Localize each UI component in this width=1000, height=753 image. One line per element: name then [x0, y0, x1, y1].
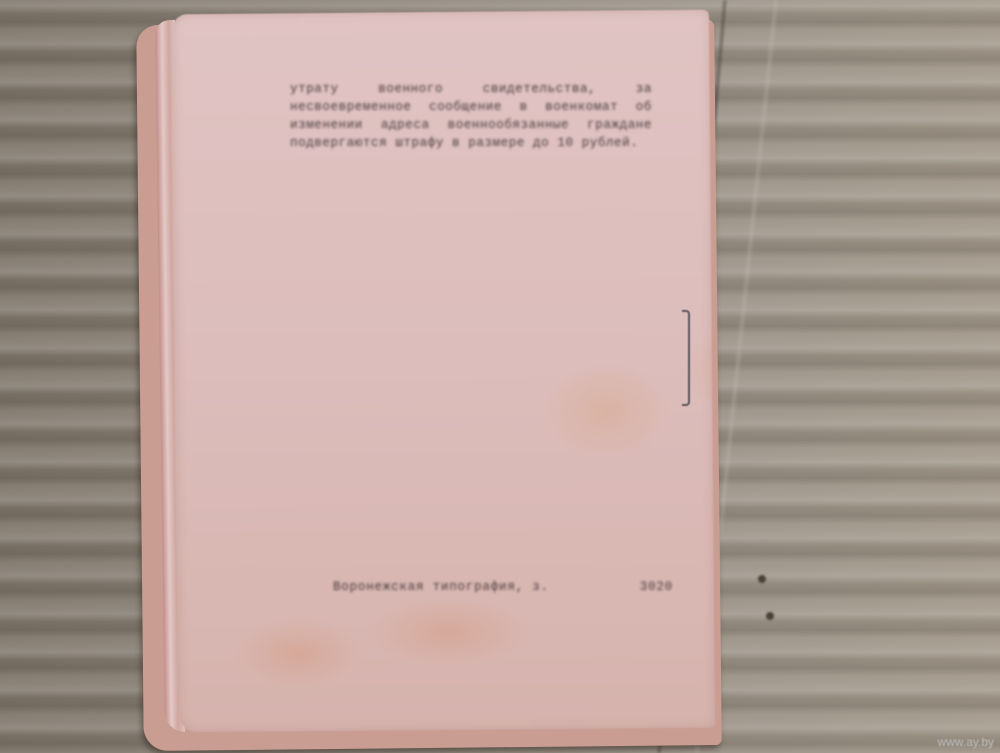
- printer-imprint: Воронежская типография, з. 3020: [333, 580, 673, 594]
- order-number: 3020: [640, 580, 673, 594]
- printer-name: Воронежская типография, з.: [333, 580, 549, 594]
- cardboard-hole: [766, 612, 774, 620]
- watermark: www.ay.by: [938, 735, 994, 749]
- cardboard-hole: [758, 575, 766, 583]
- document-body-text: утрату военного свидетельства, за несвое…: [290, 80, 652, 152]
- staple-icon: [682, 310, 690, 406]
